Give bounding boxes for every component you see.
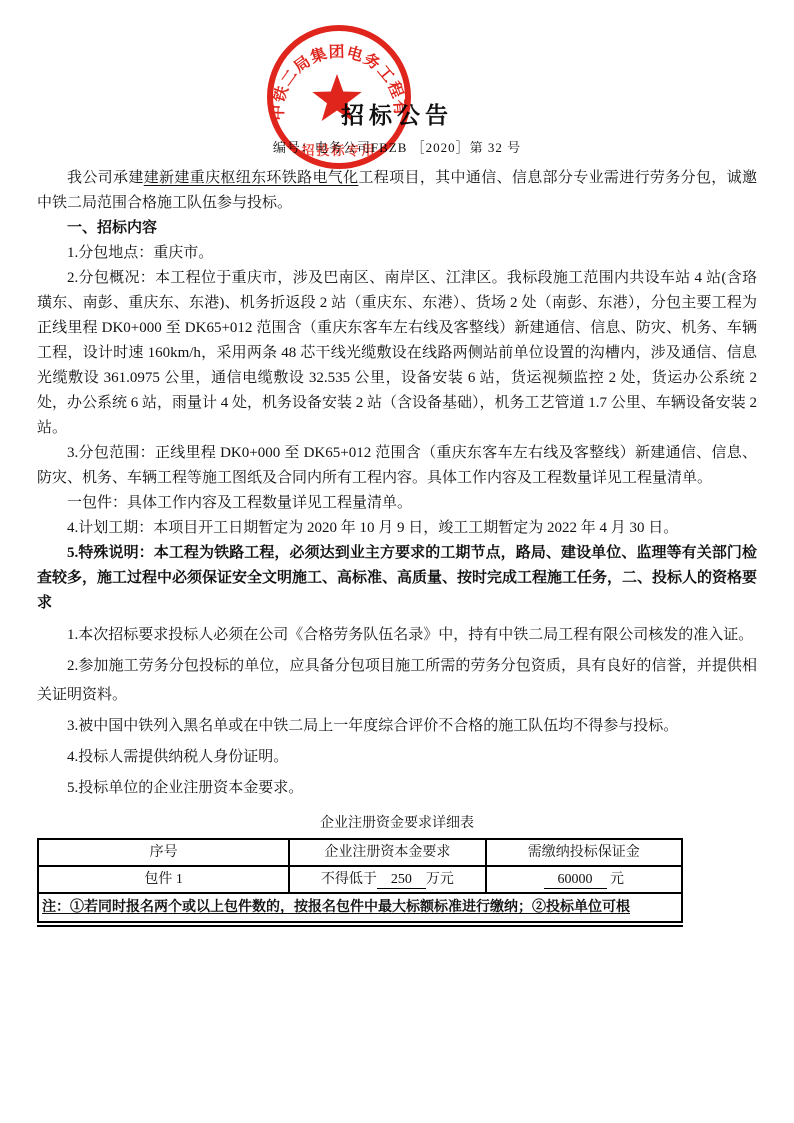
section2-item-4: 4.投标人需提供纳税人身份证明。 bbox=[37, 743, 757, 772]
cell-package: 包件 1 bbox=[38, 866, 289, 893]
capital-requirements-table: 序号 企业注册资本金要求 需缴纳投标保证金 包件 1 不得低于250万元 600… bbox=[37, 838, 683, 927]
section1-item-2: 2.分包概况：本工程位于重庆市，涉及巴南区、南岸区、江津区。我标段施工范围内共设… bbox=[37, 266, 757, 441]
table-header-row: 序号 企业注册资本金要求 需缴纳投标保证金 bbox=[38, 839, 682, 866]
section1-item-5-special-note: 5.特殊说明：本工程为铁路工程，必须达到业主方要求的工期节点，路局、建设单位、监… bbox=[37, 541, 757, 616]
section1-heading: 一、招标内容 bbox=[37, 216, 757, 241]
cell-capital: 不得低于250万元 bbox=[289, 866, 485, 893]
section2-item-2: 2.参加施工劳务分包投标的单位，应具备分包项目施工所需的劳务分包资质，具有良好的… bbox=[37, 652, 757, 710]
section2-item-1: 1.本次招标要求投标人必须在公司《合格劳务队伍名录》中，持有中铁二局工程有限公司… bbox=[37, 621, 757, 650]
capital-suffix: 万元 bbox=[426, 872, 454, 887]
page-title: 招标公告 bbox=[0, 0, 794, 132]
deposit-value: 60000 bbox=[544, 872, 607, 889]
intro-text-underlined: 建新建重庆枢纽东环铁路电气化 bbox=[144, 170, 359, 186]
section1-item-3: 3.分包范围：正线里程 DK0+000 至 DK65+012 范围含（重庆东客车… bbox=[37, 441, 757, 491]
cell-deposit: 60000 元 bbox=[486, 866, 682, 893]
table-row: 包件 1 不得低于250万元 60000 元 bbox=[38, 866, 682, 893]
table-note-row: 注：①若同时报名两个或以上包件数的，按报名包件中最大标额标准进行缴纳；②投标单位… bbox=[38, 893, 682, 924]
intro-paragraph: 我公司承建建新建重庆枢纽东环铁路电气化工程项目，其中通信、信息部分专业需进行劳务… bbox=[37, 166, 757, 216]
table-header-capital: 企业注册资本金要求 bbox=[289, 839, 485, 866]
table-note-text: 注：①若同时报名两个或以上包件数的，按报名包件中最大标额标准进行缴纳；②投标单位… bbox=[42, 900, 630, 915]
section1-item-1: 1.分包地点：重庆市。 bbox=[37, 241, 757, 266]
section1-item-4: 4.计划工期：本项目开工日期暂定为 2020 年 10 月 9 日，竣工工期暂定… bbox=[37, 516, 757, 541]
capital-prefix: 不得低于 bbox=[321, 872, 377, 887]
section2-requirements: 1.本次招标要求投标人必须在公司《合格劳务队伍名录》中，持有中铁二局工程有限公司… bbox=[37, 621, 757, 803]
document-header: 招标公告 编号：电务公司FBZB ［2020］第 32 号 bbox=[0, 0, 794, 157]
table-header-deposit: 需缴纳投标保证金 bbox=[486, 839, 682, 866]
section2-item-5: 5.投标单位的企业注册资本金要求。 bbox=[37, 774, 757, 803]
document-page: 中铁二局集团电务工程有限公司 招投标专用 招标公告 编号：电务公司FBZB ［2… bbox=[0, 0, 794, 1123]
intro-text-pre: 我公司承建 bbox=[67, 170, 144, 186]
section2-item-3: 3.被中国中铁列入黑名单或在中铁二局上一年度综合评价不合格的施工队伍均不得参与投… bbox=[37, 712, 757, 741]
doc-number: 编号：电务公司FBZB ［2020］第 32 号 bbox=[0, 139, 794, 157]
document-body: 我公司承建建新建重庆枢纽东环铁路电气化工程项目，其中通信、信息部分专业需进行劳务… bbox=[0, 166, 794, 927]
table-header-seq: 序号 bbox=[38, 839, 289, 866]
table-note: 注：①若同时报名两个或以上包件数的，按报名包件中最大标额标准进行缴纳；②投标单位… bbox=[38, 893, 682, 924]
table-title: 企业注册资金要求详细表 bbox=[37, 815, 757, 833]
deposit-suffix: 元 bbox=[610, 872, 624, 887]
capital-value: 250 bbox=[377, 872, 426, 889]
section1-item-package: 一包件：具体工作内容及工程数量详见工程量清单。 bbox=[37, 491, 757, 516]
